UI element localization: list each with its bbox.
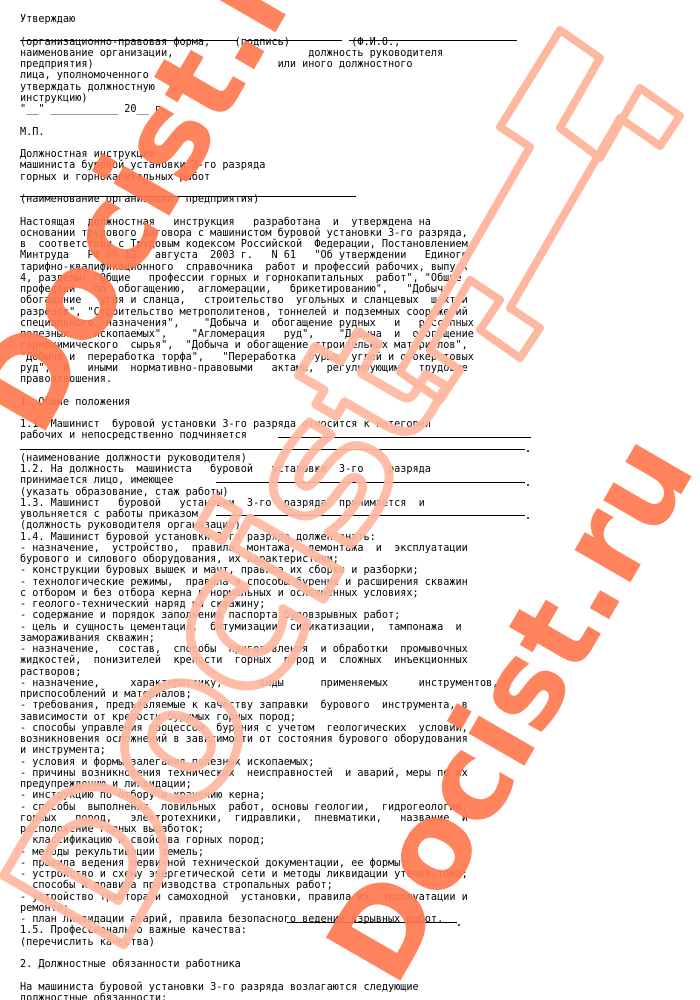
- clause-1-4-line: предупреждению и ликвидации;: [20, 779, 498, 790]
- intro-line: Настоящая должностная инструкция разрабо…: [20, 217, 498, 228]
- intro-line: специального назначения", "Добыча и обог…: [20, 318, 498, 329]
- clause-1-4-line: - методы рекультивации земель;: [20, 847, 498, 858]
- intro-line: полезных ископаемых", "Агломерация руд",…: [20, 329, 498, 340]
- clause-1-4-line: растворов;: [20, 667, 498, 678]
- section-2-title: 2. Должностные обязанности работника: [20, 959, 498, 970]
- intro-line: тарифно-квалификационного справочника ра…: [20, 262, 498, 273]
- approval-caption-line: инструкцию): [20, 93, 498, 104]
- clause-1-5: 1.5. Профессионально важные качества:: [20, 925, 498, 936]
- clause-1-4-line: - цель и сущность цементации, битумизаци…: [20, 622, 498, 633]
- period: .: [526, 506, 530, 517]
- clause-1-4-list: 1.4. Машинист буровой установки 3-го раз…: [20, 532, 498, 926]
- clause-1-4-line: горных пород, электротехники, гидравлики…: [20, 813, 498, 824]
- approval-caption-line: предприятия) или иного должностного: [20, 59, 498, 70]
- org-name-blank: [20, 40, 238, 41]
- clause-1-1-caption: (наименование должности руководителя): [20, 453, 498, 464]
- approval-caption-line: лица, уполномоченного: [20, 70, 498, 81]
- signature-blank: [245, 40, 342, 41]
- clause-1-4-line: зависимости от крепости буримых горных п…: [20, 712, 498, 723]
- approval-title: Утверждаю: [20, 14, 498, 25]
- clause-1-4-line: - условия и формы залегания полезных иск…: [20, 757, 498, 768]
- document-title: Должностная инструкция: [20, 149, 498, 160]
- clause-1-4-line: - устройство трактора и самоходной устан…: [20, 892, 498, 903]
- approval-caption-line: утверждать должностную: [20, 82, 498, 93]
- clause-1-1: рабочих и непосредственно подчиняется: [20, 430, 498, 441]
- clause-1-4-line: ремонта;: [20, 903, 498, 914]
- clause-1-4-line: и инструмента;: [20, 745, 498, 756]
- period: .: [457, 913, 461, 924]
- intro-line: Минтруда РФ от 12 августа 2003 г. N 61 "…: [20, 250, 498, 261]
- approval-date-line: "__" ___________ 20__ г.: [20, 104, 498, 115]
- clause-1-1: 1.1. Машинист буровой установки 3-го раз…: [20, 419, 498, 430]
- education-blank: [216, 482, 525, 483]
- clause-1-4-line: - конструкции буровых вышек и мачт, прав…: [20, 565, 498, 576]
- clause-1-5-caption: (перечислить качества): [20, 937, 498, 948]
- intro-line: разрезов", "Строительство метрополитенов…: [20, 307, 498, 318]
- clause-1-4-line: - технологические режимы, правила и спос…: [20, 577, 498, 588]
- clause-1-3: 1.3. Машинист буровой установки 3-го раз…: [20, 498, 498, 509]
- clause-1-4-line: расположение горных выработок;: [20, 824, 498, 835]
- intro-line: обогащение угля и сланца, строительство …: [20, 295, 498, 306]
- document-title: машиниста буровой установки 3-го разряда: [20, 160, 498, 171]
- intro-line: в соответствии с Трудовым кодексом Росси…: [20, 239, 498, 250]
- clause-1-4-line: приспособлений и материалов;: [20, 689, 498, 700]
- clause-1-4-line: - назначение, состав, способы приготовле…: [20, 644, 498, 655]
- document-page: Утверждаю (организационно-правовая форма…: [20, 14, 498, 1000]
- clause-1-4-line: - назначение, устройство, правила монтаж…: [20, 543, 498, 554]
- clause-1-4-line: бурового и силового оборудования, их хар…: [20, 554, 498, 565]
- intro-line: профессии по обогащению, агломерации, бр…: [20, 284, 498, 295]
- clause-1-4-line: 1.4. Машинист буровой установки 3-го раз…: [20, 532, 498, 543]
- intro-paragraph: Настоящая должностная инструкция разрабо…: [20, 217, 498, 386]
- intro-line: горнохимического сырья", "Добыча и обога…: [20, 340, 498, 351]
- clause-1-4-line: - способы управления процессом бурения с…: [20, 723, 498, 734]
- supervisor-blank-2: [20, 449, 525, 450]
- clause-1-4-line: - устройство и схему энергетической сети…: [20, 869, 498, 880]
- clause-1-4-line: - геолого-технический наряд на скважину;: [20, 599, 498, 610]
- stamp-label: М.П.: [20, 127, 498, 138]
- period: .: [526, 439, 530, 450]
- clause-1-4-line: - способы и правила производства стропал…: [20, 880, 498, 891]
- clause-1-4-line: с отбором и без отбора керна в нормальны…: [20, 588, 498, 599]
- clause-1-2: принимается лицо, имеющее: [20, 475, 498, 486]
- approval-caption-line: наименование организации, должность руко…: [20, 48, 498, 59]
- clause-1-4-line: - план ликвидации аварий, правила безопа…: [20, 914, 498, 925]
- intro-line: 4, разделы: "Общие профессии горных и го…: [20, 273, 498, 284]
- intro-line: "Добыча и переработка торфа", "Переработ…: [20, 352, 498, 363]
- section-1-title: 1. Общие положения: [20, 397, 498, 408]
- clause-1-4-line: - классификацию и свойства горных пород;: [20, 835, 498, 846]
- section-2-intro: должностные обязанности:: [20, 993, 498, 1000]
- document-title: горных и горнокапитальных работ: [20, 172, 498, 183]
- director-blank: [216, 515, 525, 516]
- intro-line: основании трудового договора с машинисто…: [20, 228, 498, 239]
- approval-caption-line: (организационно-правовая форма, (подпись…: [20, 37, 498, 48]
- clause-1-4-line: - способы выполнения ловильных работ, ос…: [20, 802, 498, 813]
- clause-1-2-caption: (указать образование, стаж работы): [20, 487, 498, 498]
- section-2-intro: На машиниста буровой установки 3-го разр…: [20, 982, 498, 993]
- supervisor-blank-1: [278, 437, 531, 438]
- clause-1-4-line: - правила ведения первичной технической …: [20, 858, 498, 869]
- period: .: [526, 473, 530, 484]
- clause-1-2: 1.2. На должность машиниста буровой уста…: [20, 464, 498, 475]
- clause-1-4-line: - назначение, характеристику, виды приме…: [20, 678, 498, 689]
- clause-1-4-line: - причины возникновения технических неис…: [20, 768, 498, 779]
- intro-line: руд", и иными нормативно-правовыми актам…: [20, 363, 498, 374]
- clause-1-4-line: - инструкцию по отбору и хранению керна;: [20, 790, 498, 801]
- org-name-blank-2: [20, 196, 356, 197]
- clause-1-4-line: - требования, предъявляемые к качеству з…: [20, 700, 498, 711]
- intro-line: правоотношения.: [20, 374, 498, 385]
- clause-1-4-line: возникновения осложнений в зависимости о…: [20, 734, 498, 745]
- clause-1-3-caption: (должность руководителя организации): [20, 520, 498, 531]
- qualities-blank: [287, 922, 457, 923]
- clause-1-4-line: жидкостей, понизителей крепости горных п…: [20, 655, 498, 666]
- clause-1-4-line: - содержание и порядок заполнения паспор…: [20, 610, 498, 621]
- fio-blank: [349, 40, 517, 41]
- clause-1-4-line: замораживания скважин;: [20, 633, 498, 644]
